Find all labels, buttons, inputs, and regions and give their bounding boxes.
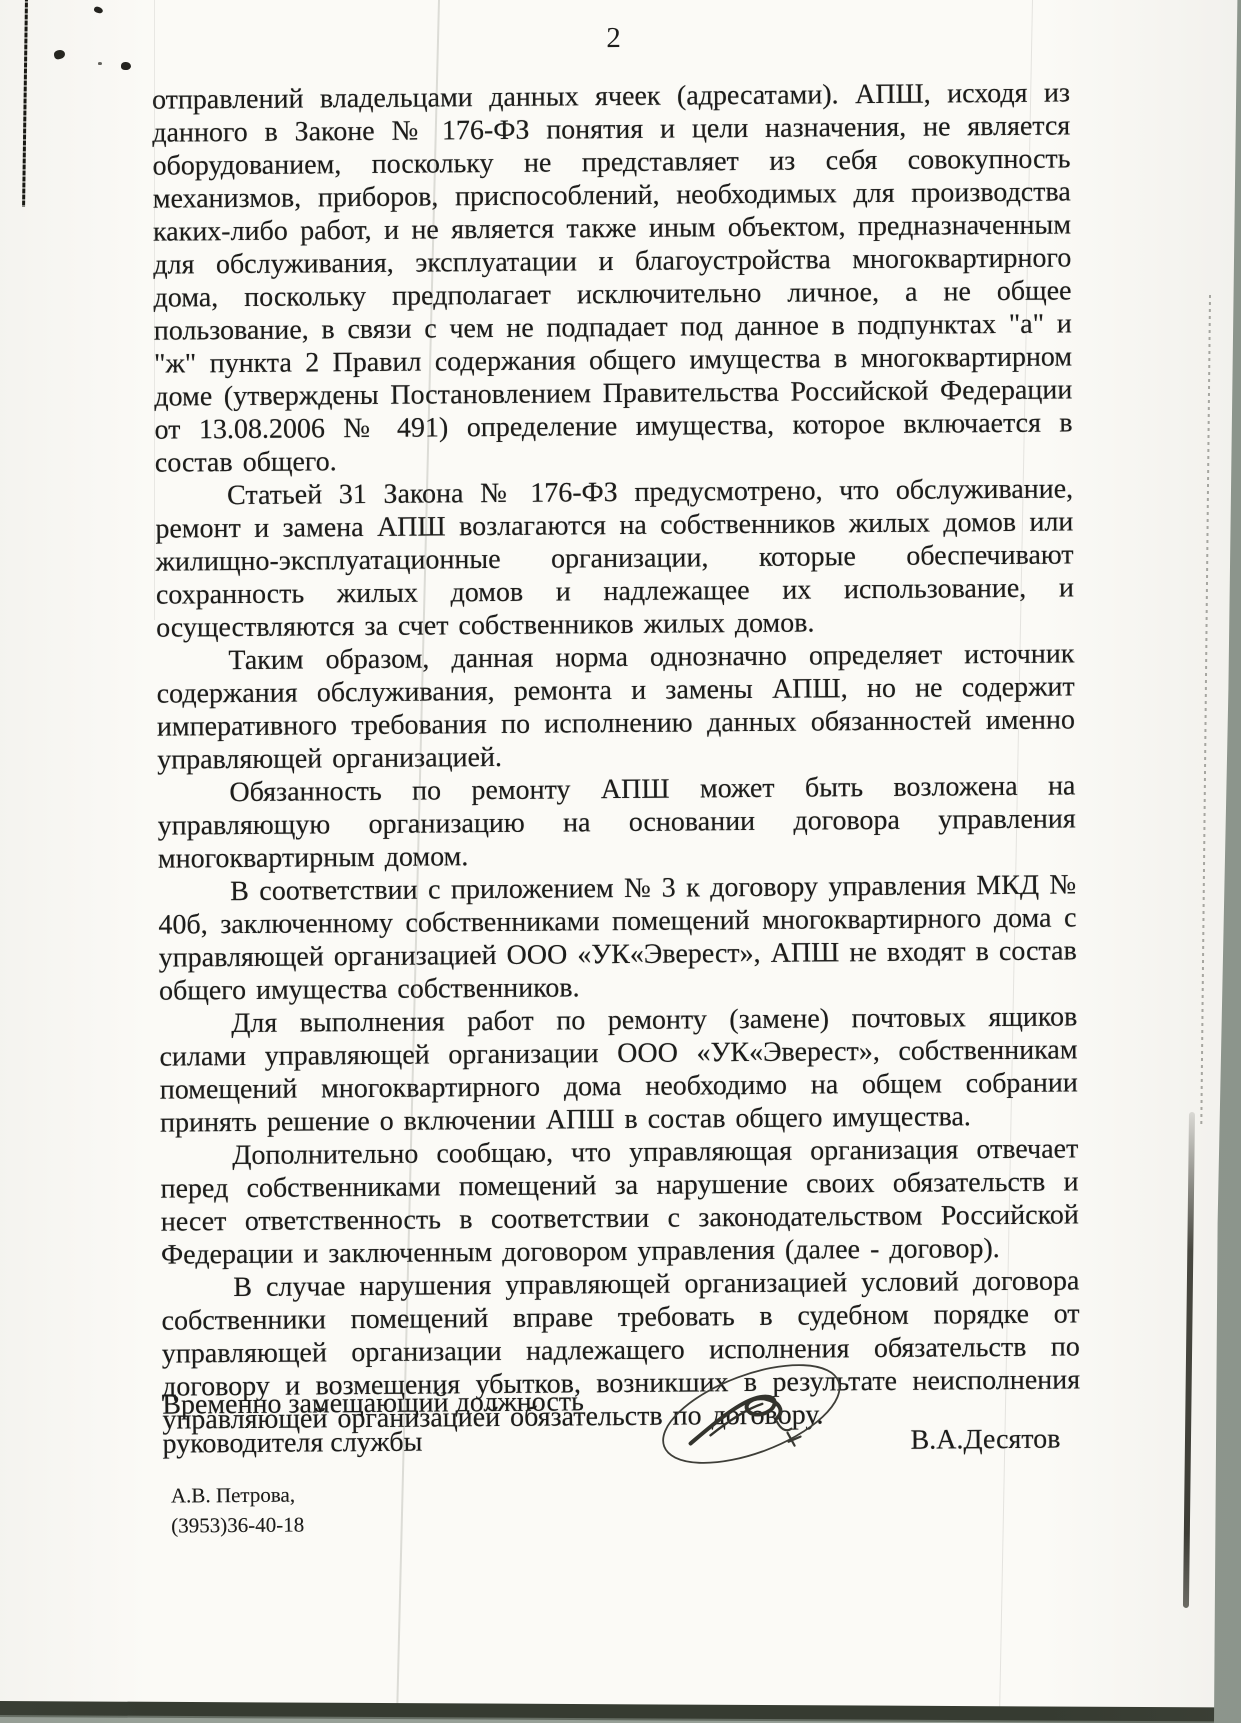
paragraph: Дополнительно сообщаю, что управляющая о…: [160, 1132, 1079, 1271]
signer-position-line1: Временно замещающий должность: [162, 1382, 584, 1424]
scanned-page: 2 отправлений владельцами данных ячеек (…: [0, 0, 1241, 1723]
signer-position: Временно замещающий должность руководите…: [162, 1382, 584, 1463]
executor-name: А.В. Петрова,: [171, 1480, 304, 1511]
paragraph: отправлений владельцами данных ячеек (ад…: [152, 76, 1073, 479]
paragraph: Для выполнения работ по ремонту (замене)…: [159, 1000, 1078, 1139]
paragraph: Обязанность по ремонту АПШ может быть во…: [157, 769, 1076, 875]
page-content: 2 отправлений владельцами данных ячеек (…: [0, 0, 1241, 1723]
paragraph: В соответствии с приложением № 3 к догов…: [158, 868, 1077, 1007]
executor-phone: (3953)36-40-18: [171, 1510, 304, 1541]
scan-artifact-speck: [121, 62, 131, 70]
page-number: 2: [0, 17, 1235, 60]
executor-contact: А.В. Петрова, (3953)36-40-18: [171, 1480, 304, 1541]
scan-artifact-speck: [98, 62, 102, 65]
paragraph: Статьей 31 Закона № 176-ФЗ предусмотрено…: [155, 472, 1074, 644]
signer-name: В.А.Десятов: [910, 1424, 1060, 1457]
letter-body: отправлений владельцами данных ячеек (ад…: [152, 76, 1081, 1436]
signer-position-line2: руководителя службы: [162, 1421, 584, 1463]
signature-scribble: [650, 1356, 856, 1476]
paragraph: Таким образом, данная норма однозначно о…: [156, 637, 1075, 776]
